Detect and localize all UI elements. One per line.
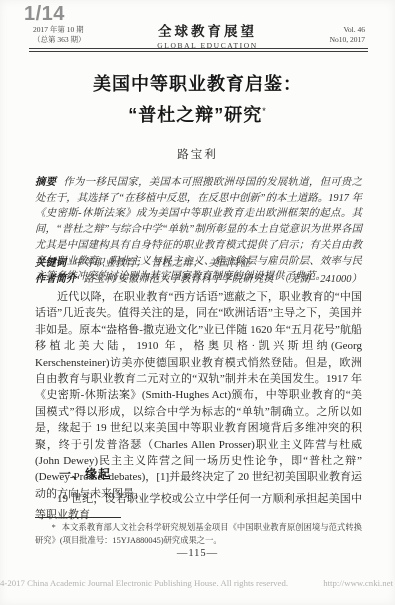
article-title: 美国中等职业教育启鉴： “普杜之辩”研究* <box>0 71 395 128</box>
author-bio-label: 作者简介 <box>35 274 77 285</box>
issue-info: 2017 年第 10 期 （总第 363 期） <box>33 25 86 45</box>
journal-header: 2017 年第 10 期 （总第 363 期） 全球教育展望 GLOBAL ED… <box>33 25 365 50</box>
page-number: —115— <box>0 548 395 559</box>
author-name: 路宝利 <box>0 146 395 162</box>
keywords-text: 中等职业教育； 普杜之辩； 美国特征 <box>73 258 250 269</box>
footnote-mark: * <box>52 523 56 532</box>
section-heading-1: 一、缘起 <box>35 465 362 482</box>
section1-paragraph: 19 世纪，设若职业学校或公立中学任何一方顺利承担起美国中等职业教育 <box>35 491 362 524</box>
journal-title: 全球教育展望 GLOBAL EDUCATION <box>86 25 330 50</box>
header-divider <box>29 48 368 52</box>
abstract-label: 摘要 <box>35 177 56 188</box>
issue-total: （总第 363 期） <box>33 35 86 45</box>
volume-number: Vol. 46 <box>330 25 365 35</box>
volume-info: Vol. 46 No10, 2017 <box>330 25 365 45</box>
article-title-line1: 美国中等职业教育启鉴： <box>93 74 302 94</box>
author-bio-text: 路宝利/安徽师范大学教育科学学院研究员 （芜湖 241000） <box>84 274 362 285</box>
journal-title-cn: 全球教育展望 <box>86 25 330 39</box>
author-bio-line: 作者简介路宝利/安徽师范大学教育科学学院研究员 （芜湖 241000） <box>35 272 362 288</box>
title-footnote-mark: * <box>262 106 267 116</box>
issue-year: No10, 2017 <box>330 35 365 45</box>
footnote-text: 本文系教育部人文社会科学研究规划基金项目《中国职业教育原创困境与范式转换研究》(… <box>35 523 362 545</box>
copyright-text: 4-2017 China Academic Journal Electronic… <box>0 578 288 588</box>
footnote: *本文系教育部人文社会科学研究规划基金项目《中国职业教育原创困境与范式转换研究》… <box>35 521 362 547</box>
copyright-strip: 4-2017 China Academic Journal Electronic… <box>0 578 393 588</box>
issue-number: 2017 年第 10 期 <box>33 25 86 35</box>
article-title-line2: “普杜之辩”研究 <box>128 105 262 125</box>
footnote-divider <box>35 517 121 518</box>
keywords-line: 关键词中等职业教育； 普杜之辩； 美国特征 <box>35 256 362 272</box>
keywords-label: 关键词 <box>35 258 66 269</box>
viewer-page-indicator: 1/14 <box>24 3 65 26</box>
journal-page: 1/14 2017 年第 10 期 （总第 363 期） 全球教育展望 GLOB… <box>0 0 395 605</box>
cnki-url: http://www.cnki.net <box>323 578 393 588</box>
